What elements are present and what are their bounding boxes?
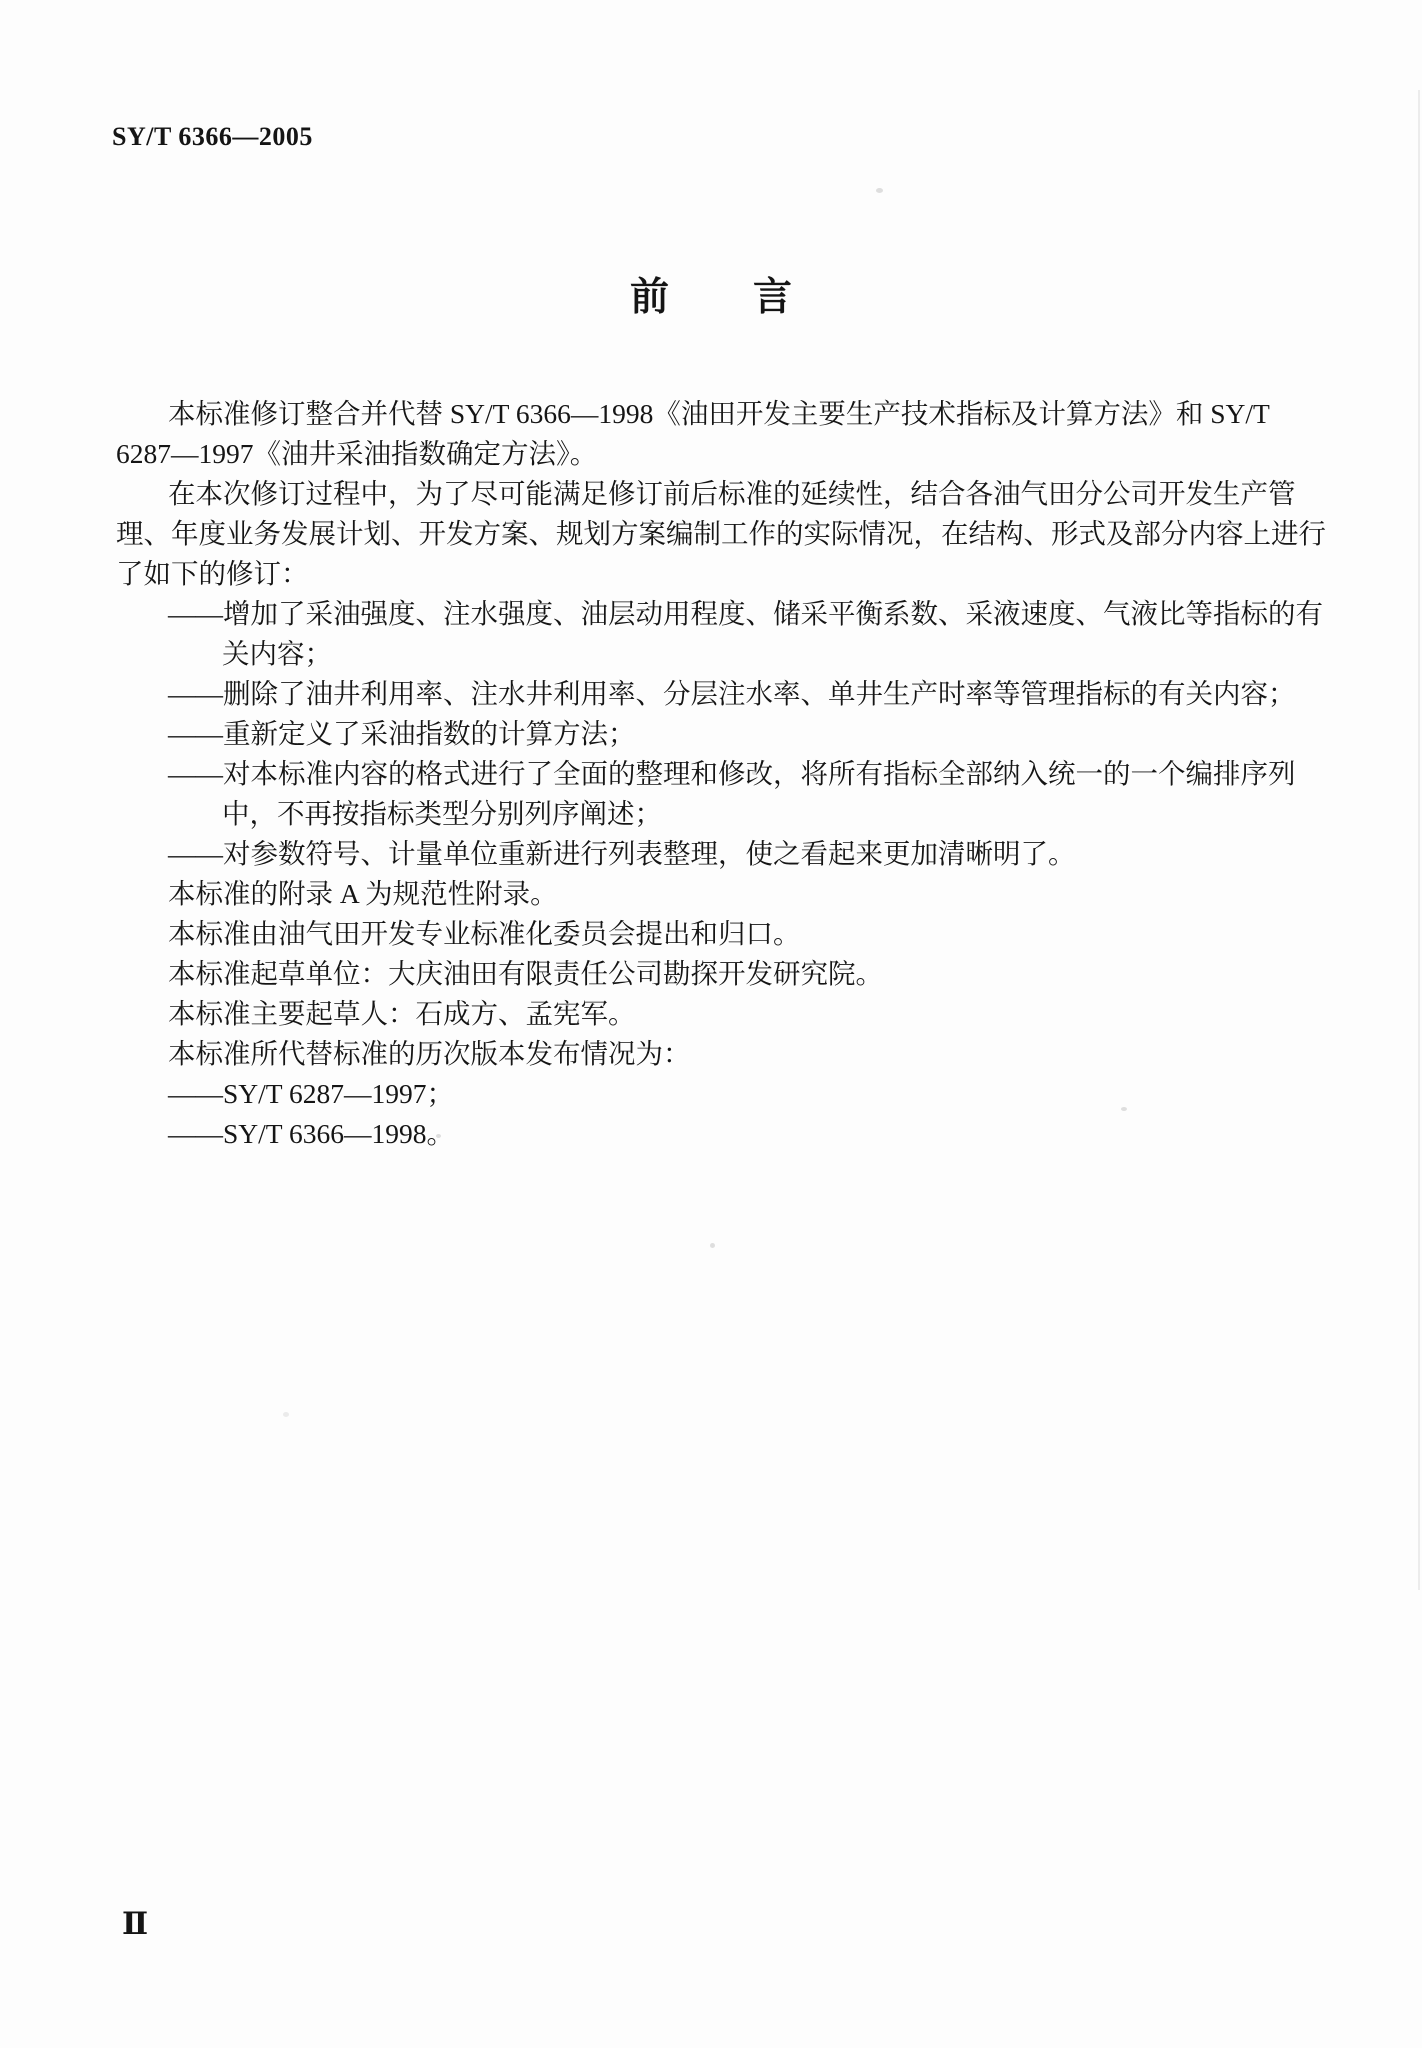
body-line: 6287—1997《油井采油指数确定方法》。 xyxy=(116,434,1338,474)
body-line: 中，不再按指标类型分别列序阐述； xyxy=(116,794,1338,834)
body-line: ——SY/T 6287—1997； xyxy=(116,1074,1338,1114)
scan-speck-artifact xyxy=(876,188,883,193)
body-line: 本标准的附录 A 为规范性附录。 xyxy=(116,874,1338,914)
scan-speck-artifact xyxy=(283,1412,289,1417)
scan-speck-artifact xyxy=(710,1243,715,1248)
foreword-title: 前 言 xyxy=(0,266,1422,322)
body-line: 了如下的修订： xyxy=(116,554,1338,594)
body-line: ——重新定义了采油指数的计算方法； xyxy=(116,714,1338,754)
body-line: ——对本标准内容的格式进行了全面的整理和修改，将所有指标全部纳入统一的一个编排序… xyxy=(116,754,1338,794)
scan-speck-artifact xyxy=(752,770,757,775)
scan-speck-artifact xyxy=(436,1134,441,1138)
body-line: ——对参数符号、计量单位重新进行列表整理，使之看起来更加清晰明了。 xyxy=(116,834,1338,874)
foreword-title-char-1: 前 xyxy=(630,266,669,322)
scan-speck-artifact xyxy=(1121,1107,1127,1111)
standard-code-header: SY/T 6366—2005 xyxy=(112,122,313,152)
foreword-title-char-2: 言 xyxy=(753,266,792,322)
body-line: 本标准起草单位：大庆油田有限责任公司勘探开发研究院。 xyxy=(116,954,1338,994)
body-line: ——删除了油井利用率、注水井利用率、分层注水率、单井生产时率等管理指标的有关内容… xyxy=(116,674,1338,714)
body-line: ——SY/T 6366—1998。 xyxy=(116,1114,1338,1154)
body-line: 本标准主要起草人：石成方、孟宪军。 xyxy=(116,994,1338,1034)
body-line: ——增加了采油强度、注水强度、油层动用程度、储采平衡系数、采液速度、气液比等指标… xyxy=(116,594,1338,634)
body-line: 在本次修订过程中，为了尽可能满足修订前后标准的延续性，结合各油气田分公司开发生产… xyxy=(116,474,1338,514)
body-line: 本标准由油气田开发专业标准化委员会提出和归口。 xyxy=(116,914,1338,954)
scan-edge-artifact xyxy=(1418,90,1420,1590)
page-number: Ⅱ xyxy=(122,1906,148,1942)
body-line: 理、年度业务发展计划、开发方案、规划方案编制工作的实际情况，在结构、形式及部分内… xyxy=(116,514,1338,554)
body-line: 本标准修订整合并代替 SY/T 6366—1998《油田开发主要生产技术指标及计… xyxy=(116,394,1338,434)
scanned-standard-page: SY/T 6366—2005 前 言 本标准修订整合并代替 SY/T 6366—… xyxy=(0,0,1422,2048)
body-line: 本标准所代替标准的历次版本发布情况为： xyxy=(116,1034,1338,1074)
foreword-body: 本标准修订整合并代替 SY/T 6366—1998《油田开发主要生产技术指标及计… xyxy=(116,394,1338,1154)
body-line: 关内容； xyxy=(116,634,1338,674)
